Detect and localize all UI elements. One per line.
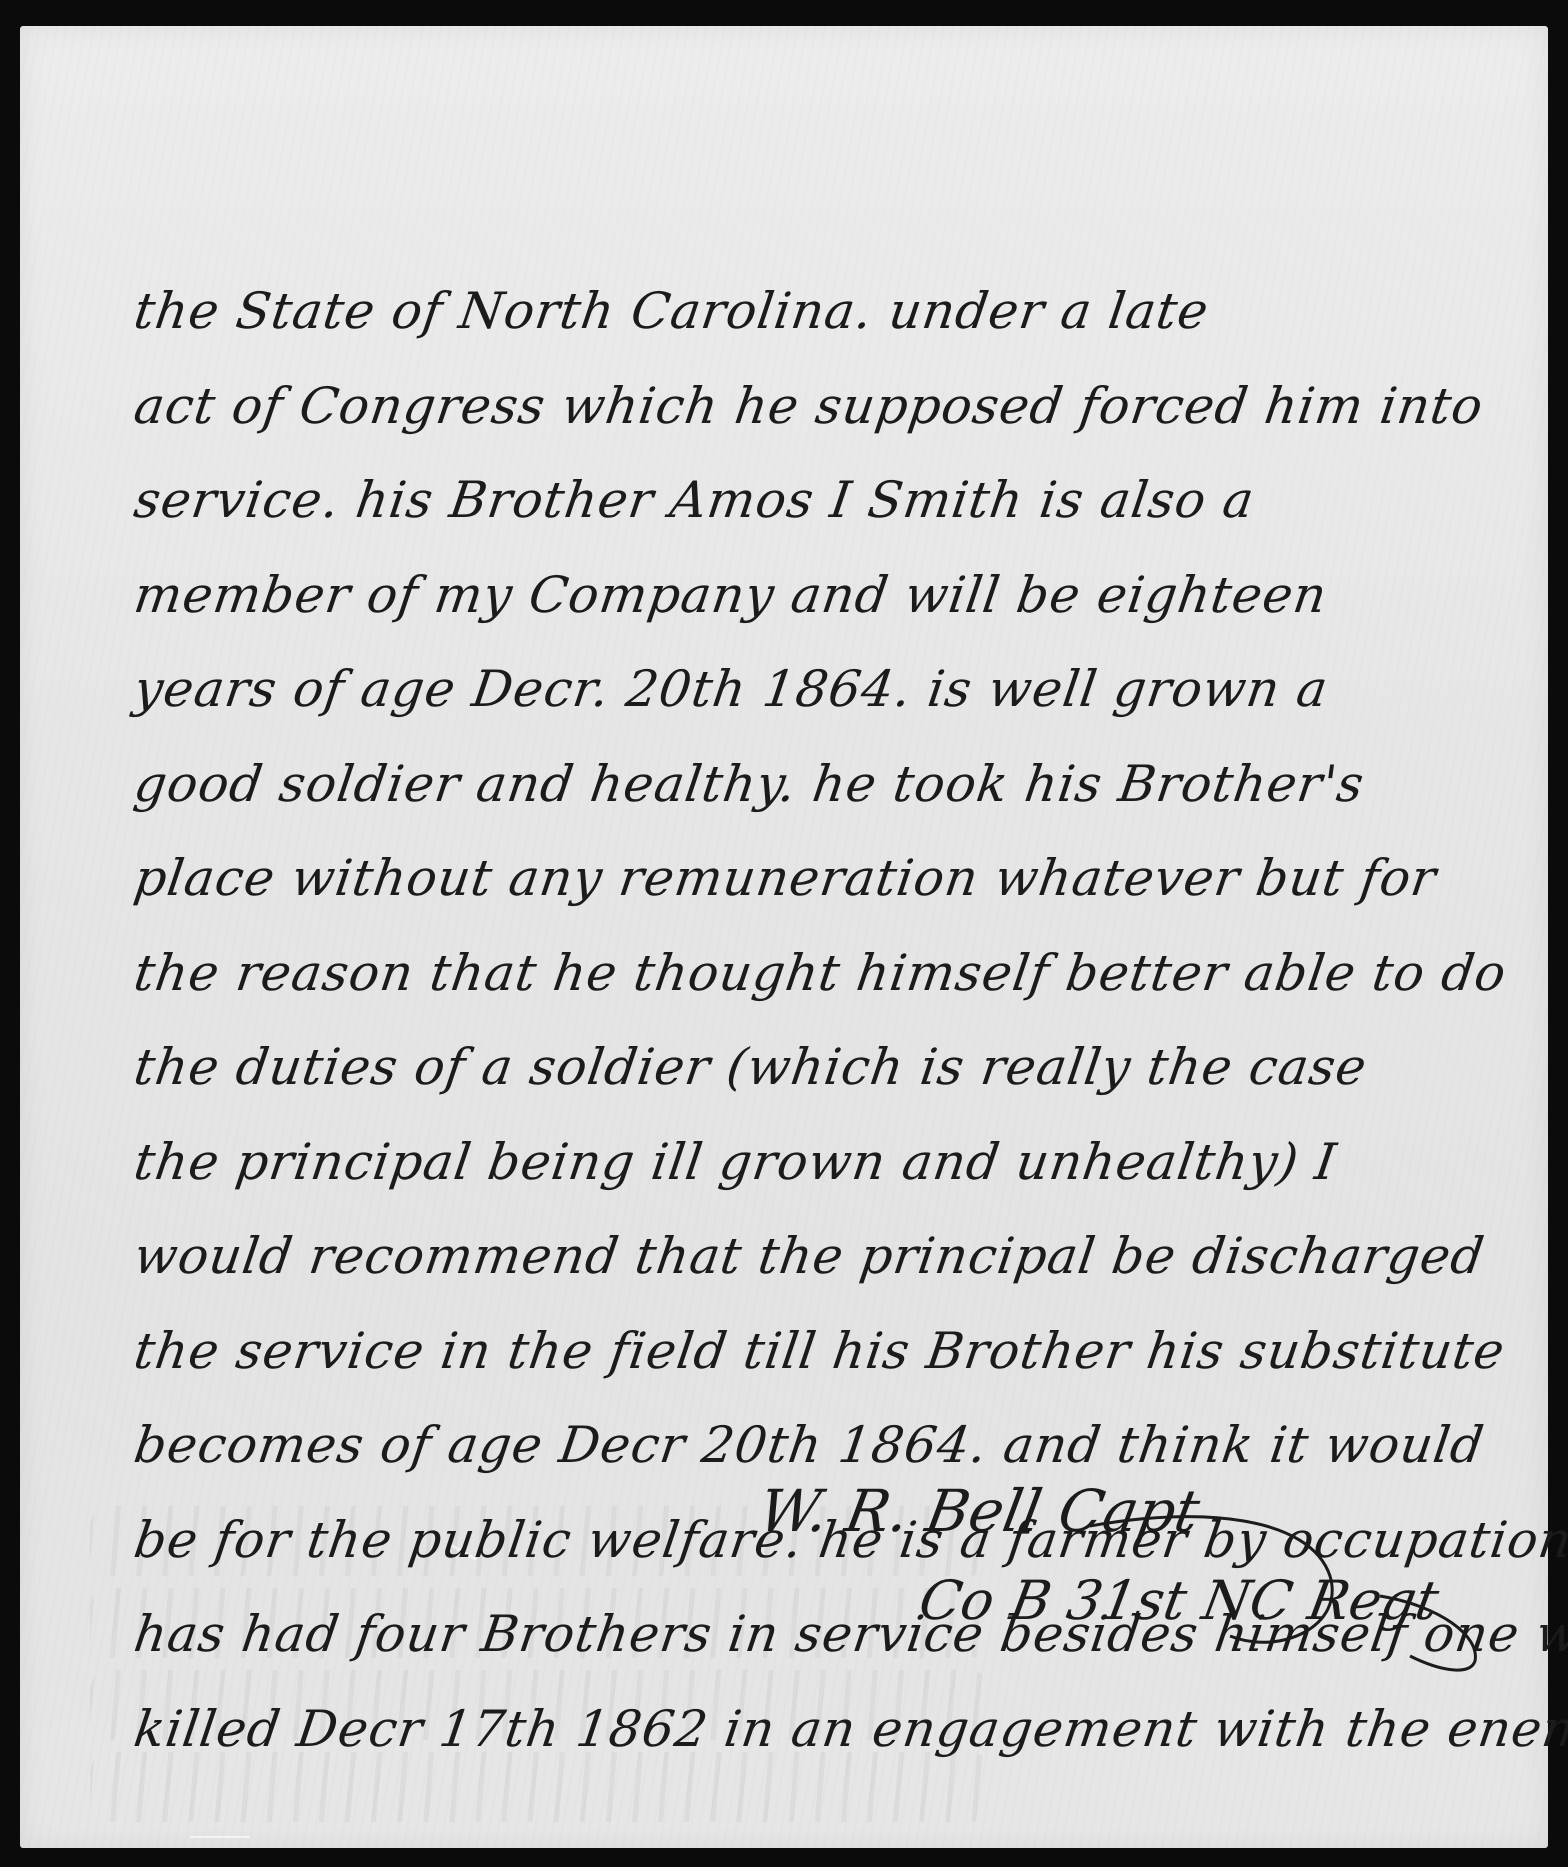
- letter-line: the duties of a soldier (which is really…: [128, 1020, 1541, 1115]
- letter-line: the principal being ill grown and unheal…: [128, 1115, 1541, 1210]
- letter-line: the State of North Carolina. under a lat…: [128, 264, 1541, 359]
- letter-line: would recommend that the principal be di…: [128, 1209, 1541, 1304]
- scratch-mark: [190, 1836, 250, 1838]
- letter-line: member of my Company and will be eightee…: [128, 548, 1541, 643]
- letter-line: years of age Decr. 20th 1864. is well gr…: [128, 642, 1541, 737]
- letter-line: the reason that he thought himself bette…: [128, 926, 1541, 1021]
- signature-name: W. R. Bell Capt: [732, 1466, 1528, 1556]
- signature-unit: Co B 31st NC Regt: [732, 1556, 1528, 1646]
- letter-line: good soldier and healthy. he took his Br…: [128, 737, 1541, 832]
- letter-line: act of Congress which he supposed forced…: [128, 359, 1541, 454]
- signature-block: W. R. Bell Capt Co B 31st NC Regt: [740, 1466, 1520, 1646]
- letter-line: place without any remuneration whatever …: [128, 831, 1541, 926]
- letter-line: killed Decr 17th 1862 in an engagement w…: [128, 1682, 1541, 1777]
- letter-line: the service in the field till his Brothe…: [128, 1304, 1541, 1399]
- microfilm-frame: the State of North Carolina. under a lat…: [0, 0, 1568, 1867]
- letter-page: the State of North Carolina. under a lat…: [20, 26, 1548, 1848]
- letter-line: service. his Brother Amos I Smith is als…: [128, 453, 1541, 548]
